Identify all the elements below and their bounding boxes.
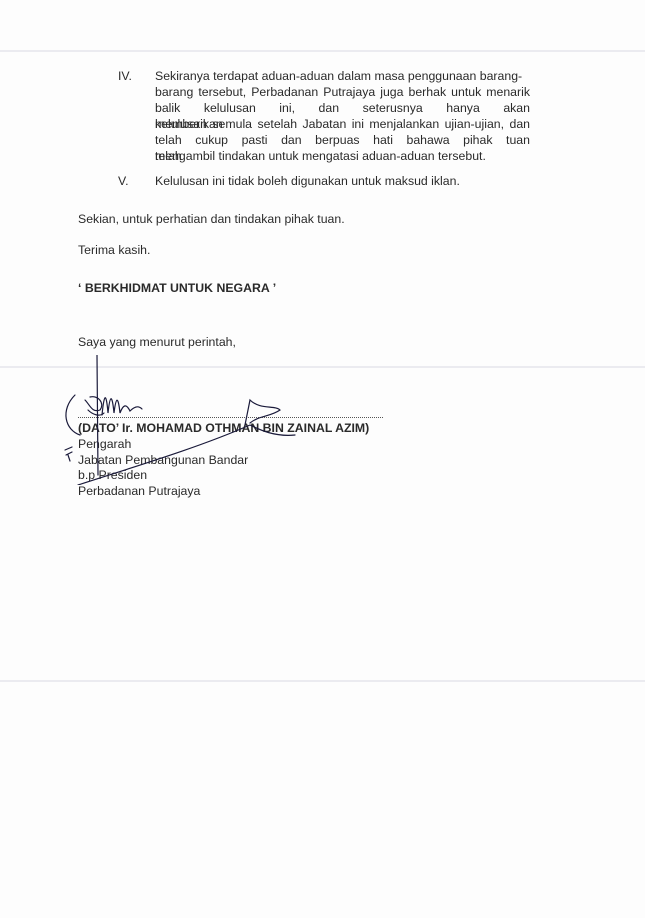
thanks-text: Terima kasih. bbox=[78, 242, 150, 258]
clause-number: V. bbox=[118, 173, 129, 189]
scan-artifact bbox=[0, 680, 645, 682]
motto: ‘ BERKHIDMAT UNTUK NEGARA ’ bbox=[78, 280, 276, 296]
under-order-text: Saya yang menurut perintah, bbox=[78, 334, 236, 350]
handwritten-signature-icon bbox=[60, 355, 390, 485]
clause-line: barang tersebut, Perbadanan Putrajaya ju… bbox=[155, 84, 530, 100]
closing-sentence: Sekian, untuk perhatian dan tindakan pih… bbox=[78, 211, 345, 227]
clause-line: Kelulusan ini tidak boleh digunakan untu… bbox=[155, 173, 530, 189]
clause-number: IV. bbox=[118, 68, 132, 84]
scanned-letter-page: IV. Sekiranya terdapat aduan-aduan dalam… bbox=[0, 0, 645, 918]
clause-line: Sekiranya terdapat aduan-aduan dalam mas… bbox=[155, 68, 530, 84]
clause-line: kelulusan semula setelah Jabatan ini men… bbox=[155, 116, 530, 132]
signatory-organization: Perbadanan Putrajaya bbox=[78, 484, 248, 500]
clause-line: mengambil tindakan untuk mengatasi aduan… bbox=[155, 148, 530, 164]
scan-artifact bbox=[0, 50, 645, 52]
